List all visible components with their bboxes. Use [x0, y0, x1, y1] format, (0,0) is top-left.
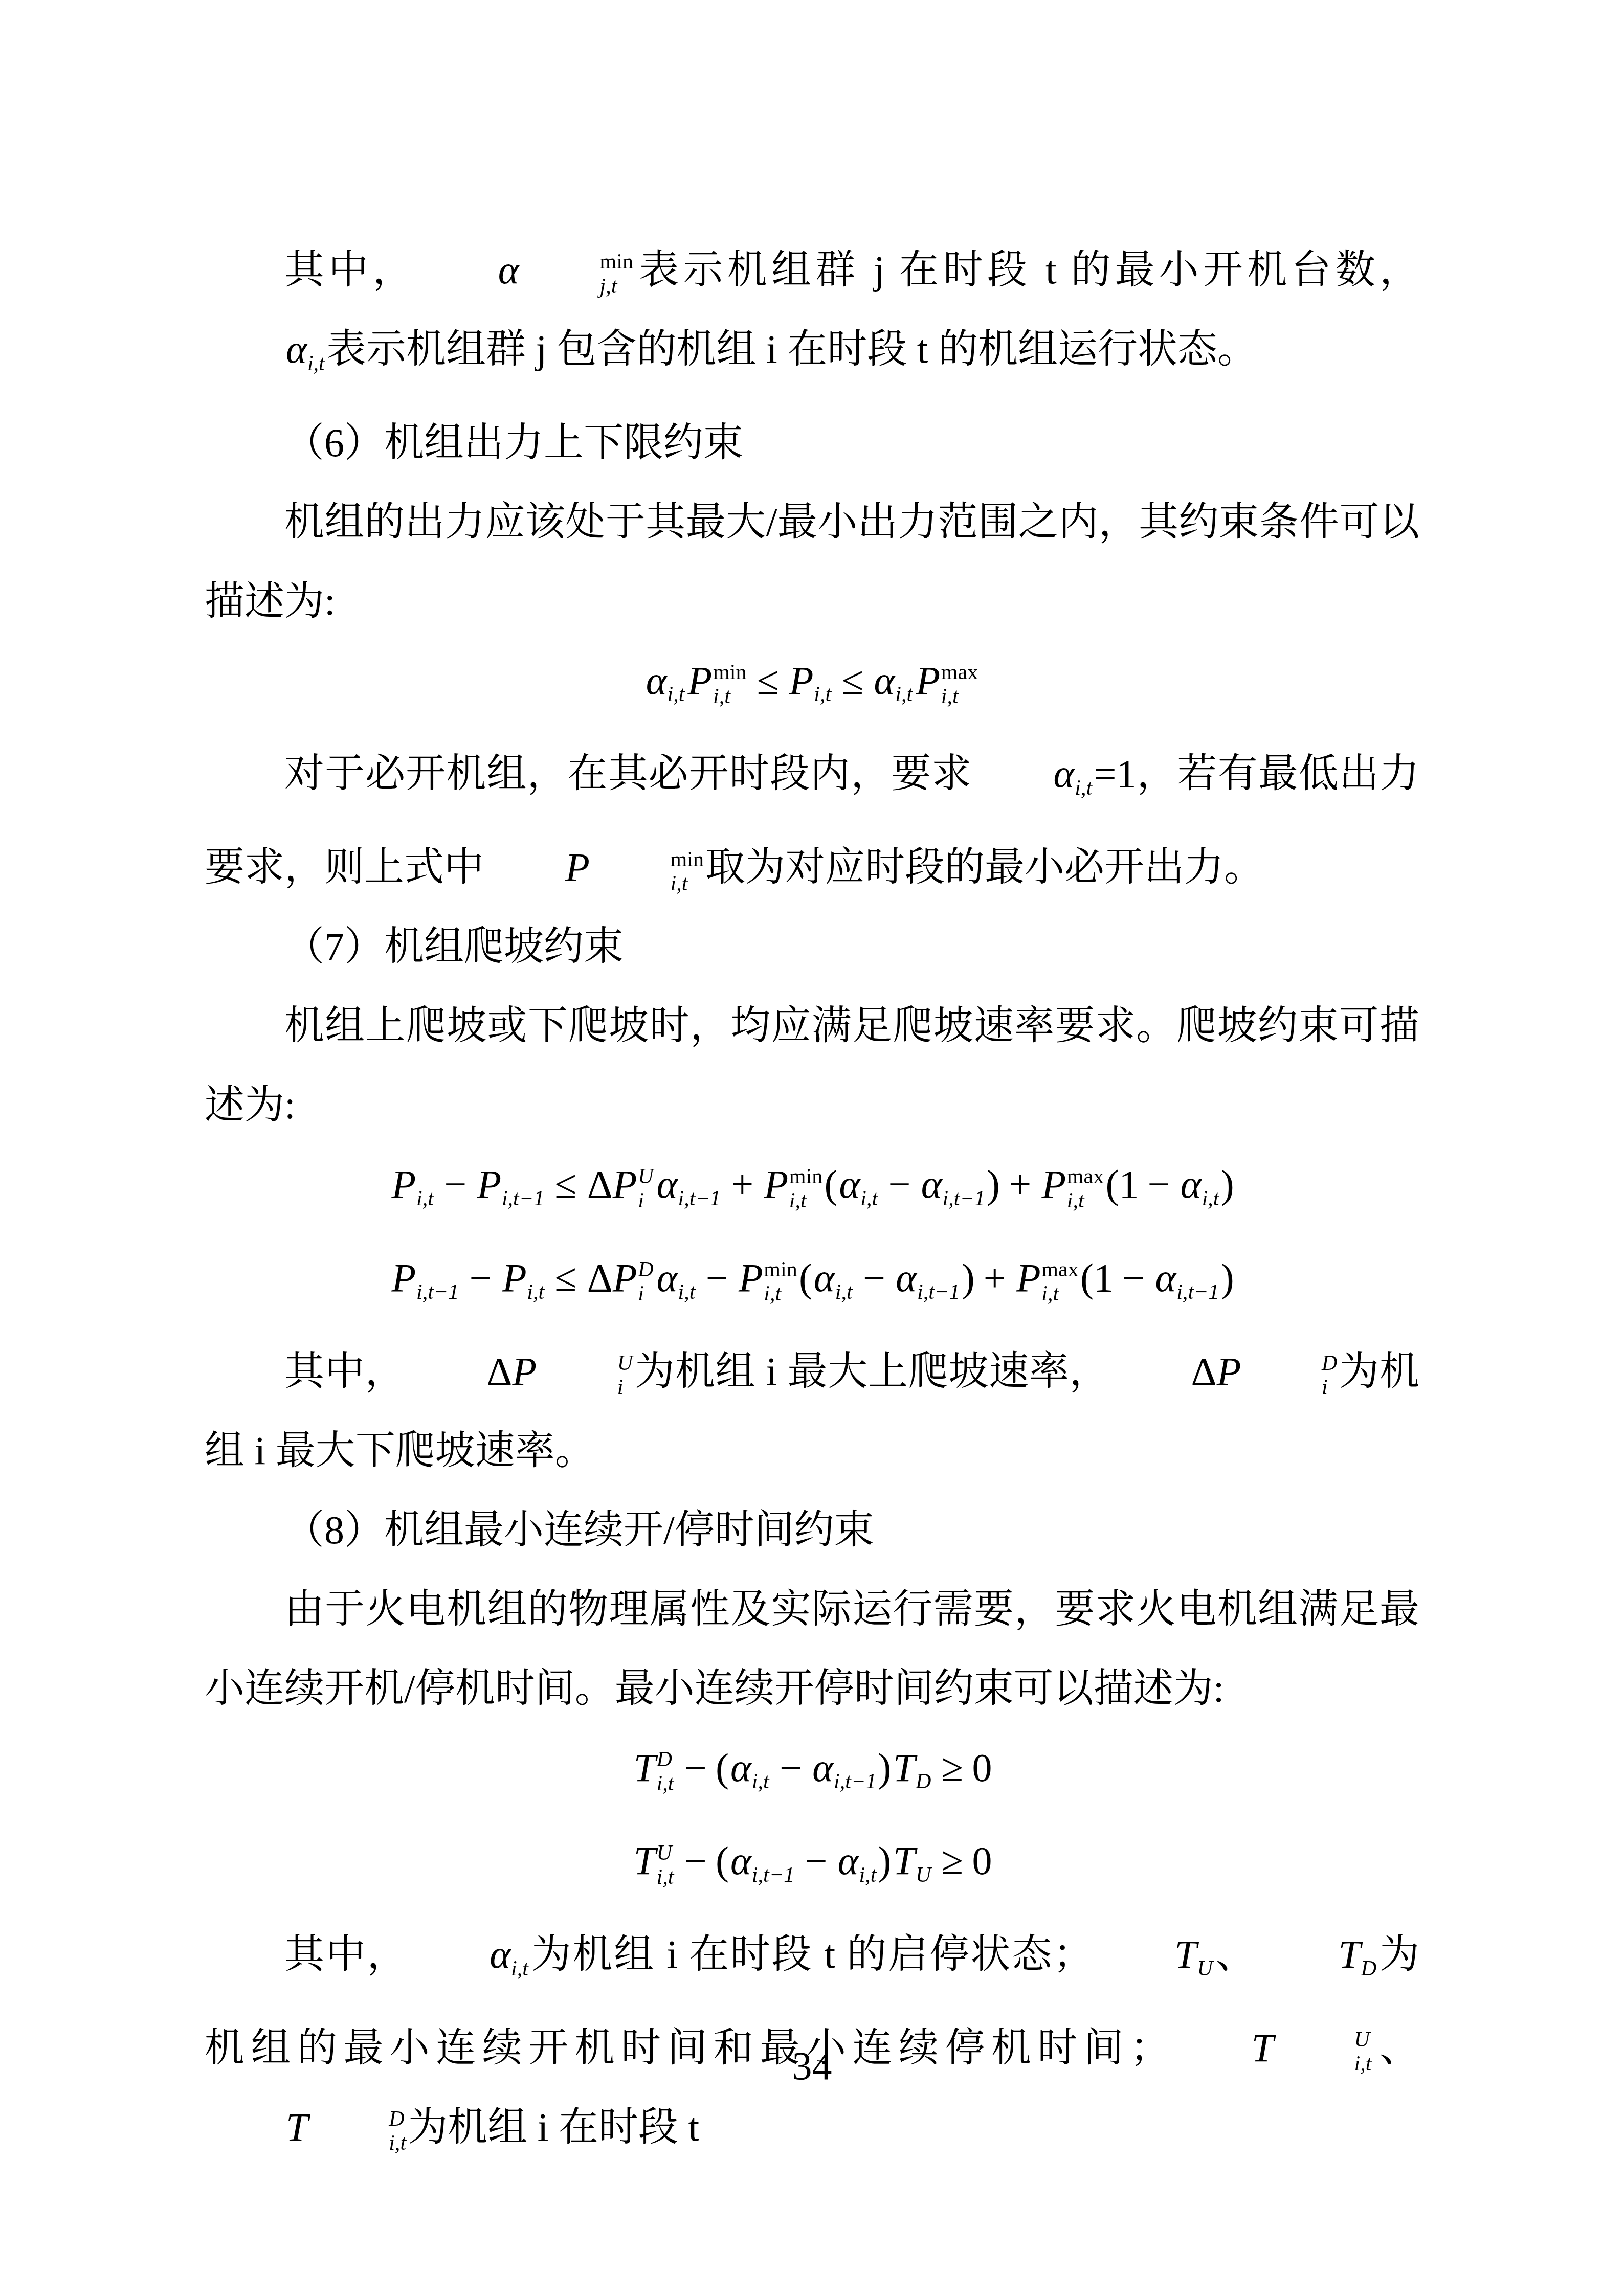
- math-operator: −: [1148, 1162, 1170, 1206]
- paragraph: 其中，αminj,t表示机组群 j 在时段 t 的最小开机台数，αi,t表示机组…: [205, 230, 1419, 403]
- formula: TDi,t−(αi,t−αi,t−1)TD≥0: [205, 1728, 1419, 1821]
- math-unit: Pmini,t: [739, 1238, 797, 1317]
- math-operator: +: [731, 1162, 753, 1206]
- math-unit: αi,t: [1181, 1144, 1219, 1238]
- paragraph: 对于必开机组，在其必开时段内，要求αi,t=1，若有最低出力要求，则上式中Pmi…: [205, 734, 1419, 907]
- text-run: 机组的出力应该处于其最大/最小出力范围之内，其约束条件可以描述为:: [205, 500, 1419, 623]
- text-run: （7）机组爬坡约束: [284, 924, 624, 969]
- text-run: ): [962, 1255, 975, 1300]
- text-run: 表示机组群 j 包含的机组 i 在时段 t 的机组运行状态。: [326, 327, 1257, 371]
- math-unit: αi,t: [206, 309, 325, 403]
- math-operator: ≥: [942, 1745, 964, 1790]
- formula: αi,tPmini,t≤Pi,t≤αi,tPmaxi,t: [205, 641, 1419, 734]
- page-number: 34: [792, 2043, 832, 2088]
- text-run: （8）机组最小连续开/停时间约束: [284, 1507, 874, 1552]
- math-unit: αi,t−1: [1155, 1238, 1219, 1332]
- math-operator: −: [706, 1255, 728, 1300]
- math-operator: +: [984, 1255, 1006, 1300]
- math-unit: Pmaxi,t: [916, 641, 978, 720]
- text-run: (: [799, 1255, 812, 1300]
- math-unit: αi,t: [838, 1821, 877, 1915]
- math-unit: αi,t: [410, 1915, 528, 2008]
- math-unit: αi,t: [730, 1728, 769, 1821]
- page-footer: 34: [0, 2043, 1624, 2089]
- math-operator: ≤: [555, 1162, 577, 1206]
- math-operator: −: [684, 1838, 707, 1883]
- math-unit: Pmaxi,t: [1016, 1238, 1079, 1317]
- paragraph: 机组上爬坡或下爬坡时，均应满足爬坡速率要求。爬坡约束可描述为:: [205, 986, 1419, 1144]
- paragraph: 机组的出力应该处于其最大/最小出力范围之内，其约束条件可以描述为:: [205, 482, 1419, 641]
- formula: Pi,t−1−Pi,t≤ΔPDiαi,t−Pmini,t(αi,t−αi,t−1…: [205, 1238, 1419, 1332]
- text-run: 为机组 i 最大上爬坡速率，: [634, 1349, 1109, 1393]
- text-run: 其中，: [284, 1349, 405, 1393]
- text-run: 、: [1214, 1932, 1257, 1976]
- text-run: ): [987, 1162, 1000, 1206]
- math-unit: TU: [893, 1821, 931, 1915]
- paragraph: 其中，αi,t为机组 i 在时段 t 的启停状态；TU、TD为机组的最小连续开机…: [205, 1915, 1419, 2167]
- document-content: 其中，αminj,t表示机组群 j 在时段 t 的最小开机台数，αi,t表示机组…: [205, 230, 1419, 2167]
- math-unit: TU: [1095, 1915, 1213, 2008]
- document-page: 其中，αminj,t表示机组群 j 在时段 t 的最小开机台数，αi,t表示机组…: [0, 0, 1624, 2296]
- math-unit: ΔPDi: [1111, 1332, 1337, 1411]
- section-heading: （7）机组爬坡约束: [205, 907, 1419, 986]
- math-operator: −: [470, 1255, 492, 1300]
- text-run: (: [716, 1838, 729, 1883]
- math-unit: TD: [893, 1728, 931, 1821]
- text-run: 其中，: [284, 1932, 408, 1976]
- paragraph: 由于火电机组的物理属性及实际运行需要，要求火电机组满足最小连续开机/停机时间。最…: [205, 1569, 1419, 1728]
- math-unit: Pi,t: [391, 1144, 433, 1238]
- math-unit: αi,t−1: [921, 1144, 985, 1238]
- math-unit: αi,t−1: [730, 1821, 794, 1915]
- math-unit: Pmini,t: [688, 641, 747, 720]
- math-unit: αi,t−1: [812, 1728, 876, 1821]
- formula: TUi,t−(αi,t−1−αi,t)TU≥0: [205, 1821, 1419, 1915]
- math-unit: Pmini,t: [764, 1144, 823, 1224]
- text-run: 对于必开机组，在其必开时段内，要求: [284, 751, 972, 796]
- math-unit: αi,t: [874, 641, 913, 734]
- text-run: ): [878, 1745, 892, 1790]
- math-unit: Pi,t−1: [477, 1144, 544, 1238]
- math-unit: Pi,t: [502, 1238, 544, 1332]
- math-unit: αi,t: [814, 1238, 853, 1332]
- math-operator: −: [863, 1255, 885, 1300]
- math-operator: −: [888, 1162, 911, 1206]
- text-run: (: [824, 1162, 837, 1206]
- math-unit: αi,t: [839, 1144, 878, 1238]
- math-unit: αminj,t: [418, 230, 633, 309]
- math-unit: TDi,t: [206, 2087, 406, 2167]
- math-operator: ≤: [757, 658, 779, 703]
- math-unit: αi,t: [657, 1238, 696, 1332]
- text-run: 0: [972, 1838, 992, 1883]
- text-run: (1: [1105, 1162, 1139, 1206]
- math-unit: ΔPDi: [587, 1238, 654, 1317]
- math-operator: −: [444, 1162, 466, 1206]
- math-unit: TUi,t: [634, 1821, 674, 1900]
- math-unit: TDi,t: [634, 1728, 674, 1807]
- math-unit: ΔPUi: [587, 1144, 654, 1224]
- text-run: 其中，: [284, 247, 417, 292]
- math-unit: Pmini,t: [485, 827, 704, 907]
- math-unit: Pmaxi,t: [1042, 1144, 1104, 1224]
- formula: Pi,t−Pi,t−1≤ΔPUiαi,t−1+Pmini,t(αi,t−αi,t…: [205, 1144, 1419, 1238]
- math-operator: −: [780, 1745, 802, 1790]
- math-operator: −: [1122, 1255, 1145, 1300]
- math-unit: αi,t: [974, 734, 1093, 827]
- text-run: （6）机组出力上下限约束: [284, 420, 743, 465]
- math-operator: ≤: [555, 1255, 577, 1300]
- math-unit: αi,t−1: [896, 1238, 960, 1332]
- text-run: 表示机组群 j 在时段 t 的最小开机台数，: [635, 247, 1419, 292]
- text-run: 为机组 i 在时段 t: [408, 2105, 699, 2149]
- math-operator: ≤: [841, 658, 863, 703]
- text-run: 取为对应时段的最小必开出力。: [705, 845, 1264, 889]
- text-run: (: [716, 1745, 729, 1790]
- math-unit: αi,t: [646, 641, 685, 734]
- text-run: (1: [1080, 1255, 1114, 1300]
- math-operator: −: [684, 1745, 707, 1790]
- math-unit: ΔPUi: [407, 1332, 633, 1411]
- text-run: ): [1221, 1162, 1234, 1206]
- math-operator: −: [805, 1838, 828, 1883]
- text-run: 0: [972, 1745, 992, 1790]
- math-unit: TD: [1259, 1915, 1377, 2008]
- math-unit: Pi,t: [789, 641, 831, 734]
- text-run: 为机组 i 在时段 t 的启停状态；: [530, 1932, 1093, 1976]
- text-run: 机组上爬坡或下爬坡时，均应满足爬坡速率要求。爬坡约束可描述为:: [205, 1003, 1419, 1127]
- section-heading: （6）机组出力上下限约束: [205, 403, 1419, 482]
- math-operator: +: [1009, 1162, 1031, 1206]
- math-unit: Pi,t−1: [391, 1238, 459, 1332]
- paragraph: 其中，ΔPUi为机组 i 最大上爬坡速率，ΔPDi为机组 i 最大下爬坡速率。: [205, 1332, 1419, 1490]
- section-heading: （8）机组最小连续开/停时间约束: [205, 1490, 1419, 1569]
- text-run: ): [878, 1838, 892, 1883]
- text-run: ): [1221, 1255, 1234, 1300]
- text-run: 由于火电机组的物理属性及实际运行需要，要求火电机组满足最小连续开机/停机时间。最…: [205, 1587, 1419, 1710]
- math-operator: ≥: [942, 1838, 964, 1883]
- math-unit: αi,t−1: [657, 1144, 721, 1238]
